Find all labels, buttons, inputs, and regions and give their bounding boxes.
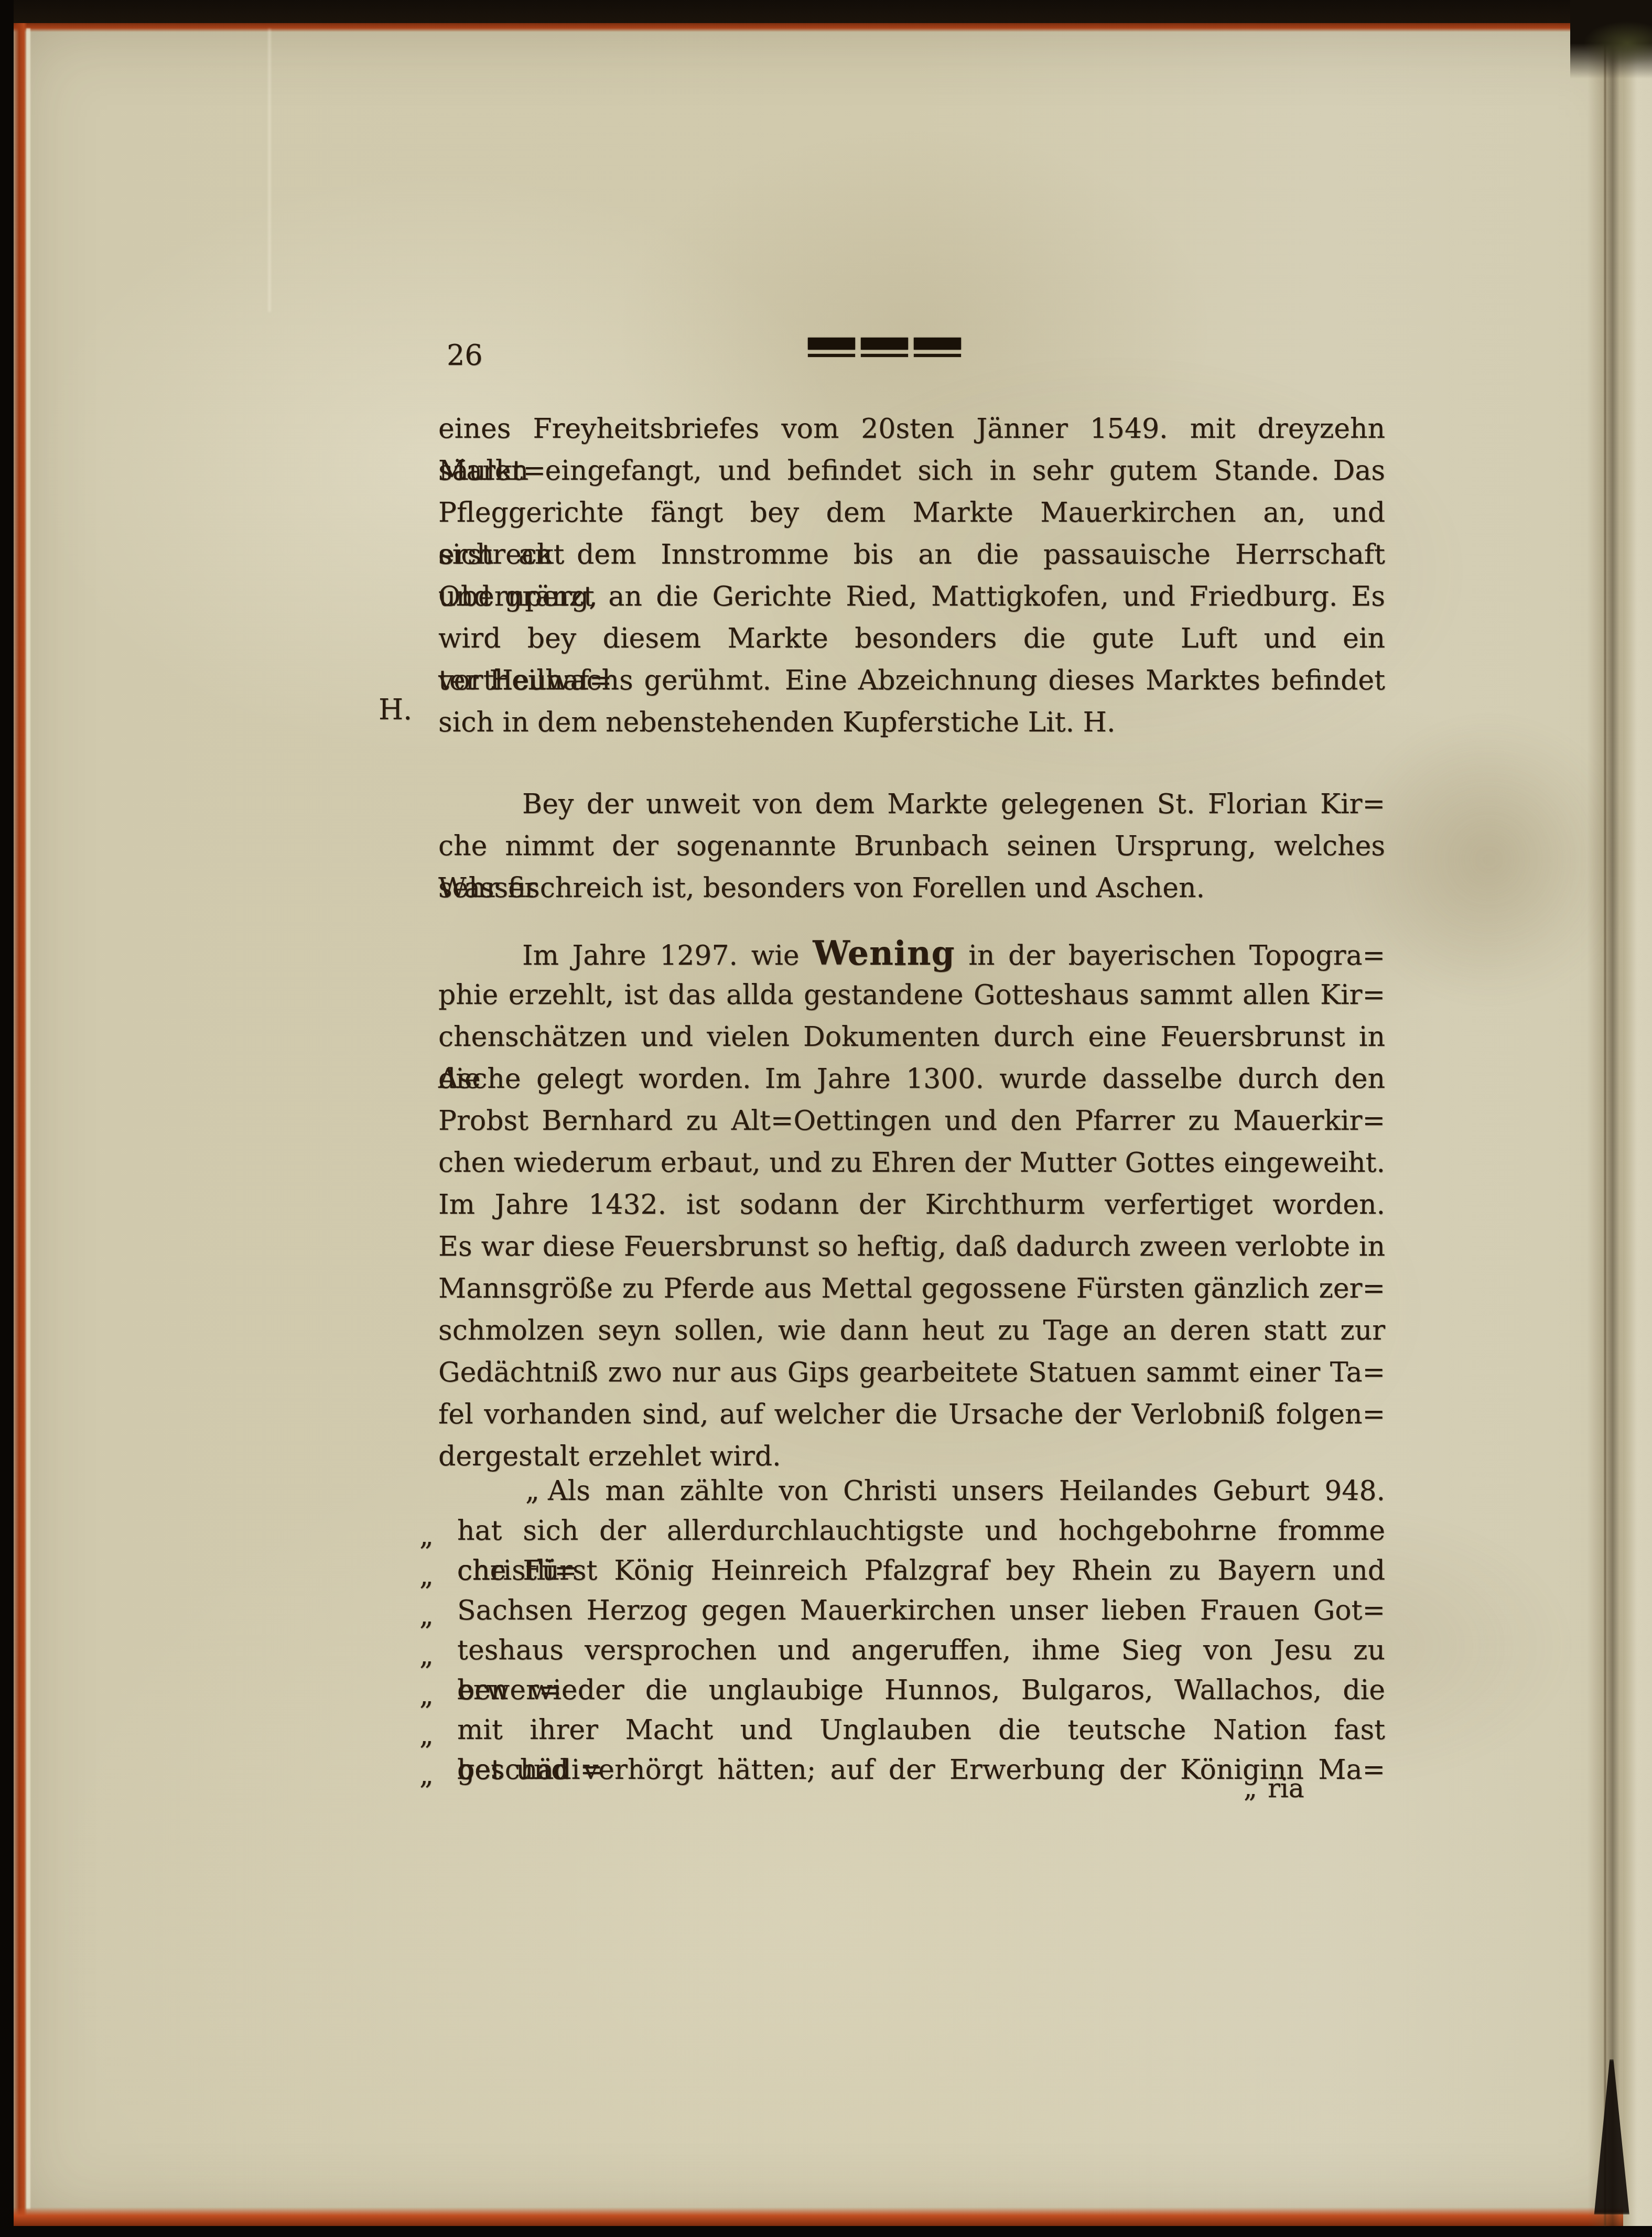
text-line: che nimmt der sogenannte Brunbach seinen… xyxy=(438,825,1385,867)
text-run: Im Jahre 1297. wie xyxy=(522,940,813,971)
text-run: säulen eingefangt, und befindet sich in … xyxy=(438,455,1385,487)
page-edge-left-underpage xyxy=(26,28,30,2209)
catchword-quote-mark: „ xyxy=(1244,1773,1257,1803)
text-line: „Als man zählte von Christi unsers Heila… xyxy=(457,1471,1385,1511)
text-line: wird bey diesem Markte besonders die gut… xyxy=(438,618,1385,660)
text-line: eines Freyheitsbriefes vom 20sten Jänner… xyxy=(438,408,1385,450)
text-line: und gränzt an die Gerichte Ried, Mattigk… xyxy=(438,576,1385,618)
catchword-text: ria xyxy=(1268,1773,1304,1803)
paragraph-p3: Im Jahre 1297. wie Wening in der bayeris… xyxy=(438,932,1385,1477)
text-run: ter Heuwachs gerühmt. Eine Abzeichnung d… xyxy=(438,665,1385,696)
binding-corner-shadow xyxy=(1570,0,1652,79)
text-line: fel vorhanden sind, auf welcher die Ursa… xyxy=(438,1393,1385,1435)
text-line: säulen eingefangt, und befindet sich in … xyxy=(438,450,1385,492)
text-line: Gedächtniß zwo nur aus Gips gearbeitete … xyxy=(438,1352,1385,1393)
text-run: ben wieder die unglaubige Hunnos, Bulgar… xyxy=(457,1674,1385,1706)
quotation-mark: „ xyxy=(525,1475,539,1507)
text-line: Im Jahre 1297. wie Wening in der bayeris… xyxy=(438,932,1385,974)
paragraph-quote: „Als man zählte von Christi unsers Heila… xyxy=(457,1471,1385,1790)
text-line: „mit ihrer Macht und Unglauben die teuts… xyxy=(457,1710,1385,1750)
text-run: Gedächtniß zwo nur aus Gips gearbeitete … xyxy=(438,1357,1385,1388)
text-line: sich an dem Innstromme bis an die passau… xyxy=(438,534,1385,576)
margin-note-plate-reference: H. xyxy=(379,693,412,726)
emphasized-name: Wening xyxy=(813,934,955,972)
text-run: in der bayerischen Topogra= xyxy=(955,940,1385,971)
text-line: chenschätzen und vielen Dokumenten durch… xyxy=(438,1016,1385,1058)
text-line: sich in dem nebenstehenden Kupferstiche … xyxy=(438,701,1385,743)
text-line: „che Fürst König Heinreich Pfalzgraf bey… xyxy=(457,1551,1385,1591)
text-run: phie erzehlt, ist das allda gestandene G… xyxy=(438,979,1385,1011)
text-line: schmolzen seyn sollen, wie dann heut zu … xyxy=(438,1310,1385,1352)
text-line: „Sachsen Herzog gegen Mauerkirchen unser… xyxy=(457,1591,1385,1630)
quotation-mark: „ xyxy=(419,1676,434,1715)
paper-crease xyxy=(268,29,271,312)
text-line: phie erzehlt, ist das allda gestandene G… xyxy=(438,974,1385,1016)
text-run: dergestalt erzehlet wird. xyxy=(438,1441,781,1472)
text-line: chen wiederum erbaut, und zu Ehren der M… xyxy=(438,1142,1385,1184)
text-line: „hat sich der allerdurchlauchtigste und … xyxy=(457,1511,1385,1551)
quotation-mark: „ xyxy=(419,1636,434,1676)
text-line: Mannsgröße zu Pferde aus Mettal gegossen… xyxy=(438,1268,1385,1310)
text-line: Asche gelegt worden. Im Jahre 1300. wurd… xyxy=(438,1058,1385,1100)
text-run: Im Jahre 1432. ist sodann der Kirchthurm… xyxy=(438,1189,1385,1220)
text-run: und gränzt an die Gerichte Ried, Mattigk… xyxy=(438,581,1385,612)
text-run: che Fürst König Heinreich Pfalzgraf bey … xyxy=(457,1555,1385,1586)
text-run: Asche gelegt worden. Im Jahre 1300. wurd… xyxy=(438,1063,1385,1095)
text-run: Probst Bernhard zu Alt=Oettingen und den… xyxy=(438,1105,1385,1137)
text-line: „ben wieder die unglaubige Hunnos, Bulga… xyxy=(457,1670,1385,1710)
text-line: Im Jahre 1432. ist sodann der Kirchthurm… xyxy=(438,1184,1385,1226)
text-run: Bey der unweit von dem Markte gelegenen … xyxy=(522,788,1385,820)
text-line: ter Heuwachs gerühmt. Eine Abzeichnung d… xyxy=(438,660,1385,701)
text-run: Es war diese Feuersbrunst so heftig, daß… xyxy=(438,1231,1385,1262)
gutter-fold-line xyxy=(1604,23,1606,2226)
text-run: fel vorhanden sind, auf welcher die Ursa… xyxy=(438,1399,1385,1430)
text-run: Sachsen Herzog gegen Mauerkirchen unser … xyxy=(457,1595,1385,1626)
gutter-shadow xyxy=(1588,23,1638,2226)
page-edge-left-red xyxy=(14,23,27,2226)
text-line: Es war diese Feuersbrunst so heftig, daß… xyxy=(438,1226,1385,1268)
catchword: „ria xyxy=(1244,1773,1304,1803)
text-run: sehr fischreich ist, besonders von Forel… xyxy=(438,872,1205,904)
quotation-mark: „ xyxy=(419,1516,434,1556)
quotation-mark: „ xyxy=(419,1596,434,1636)
text-run: sich in dem nebenstehenden Kupferstiche … xyxy=(438,707,1116,738)
quotation-mark: „ xyxy=(419,1755,434,1795)
paragraph-p2: Bey der unweit von dem Markte gelegenen … xyxy=(438,783,1385,909)
scan-background-left xyxy=(0,0,14,2237)
text-run: Als man zählte von Christi unsers Heilan… xyxy=(548,1475,1385,1507)
text-run: schmolzen seyn sollen, wie dann heut zu … xyxy=(438,1315,1385,1346)
text-block: eines Freyheitsbriefes vom 20sten Jänner… xyxy=(438,0,1385,2237)
text-line: „teshaus versprochen und angeruffen, ihm… xyxy=(457,1630,1385,1670)
paragraph-p1: eines Freyheitsbriefes vom 20sten Jänner… xyxy=(438,408,1385,743)
text-run: Mannsgröße zu Pferde aus Mettal gegossen… xyxy=(438,1273,1385,1304)
text-line: Pfleggerichte fängt bey dem Markte Mauer… xyxy=(438,492,1385,534)
text-run: chen wiederum erbaut, und zu Ehren der M… xyxy=(438,1147,1385,1179)
quotation-mark: „ xyxy=(419,1715,434,1755)
text-line: sehr fischreich ist, besonders von Forel… xyxy=(438,867,1385,909)
quotation-mark: „ xyxy=(419,1556,434,1596)
scanned-book-page-scene: 26 H. eines Freyheitsbriefes vom 20sten … xyxy=(0,0,1652,2237)
text-line: Bey der unweit von dem Markte gelegenen … xyxy=(438,783,1385,825)
text-line: Probst Bernhard zu Alt=Oettingen und den… xyxy=(438,1100,1385,1142)
